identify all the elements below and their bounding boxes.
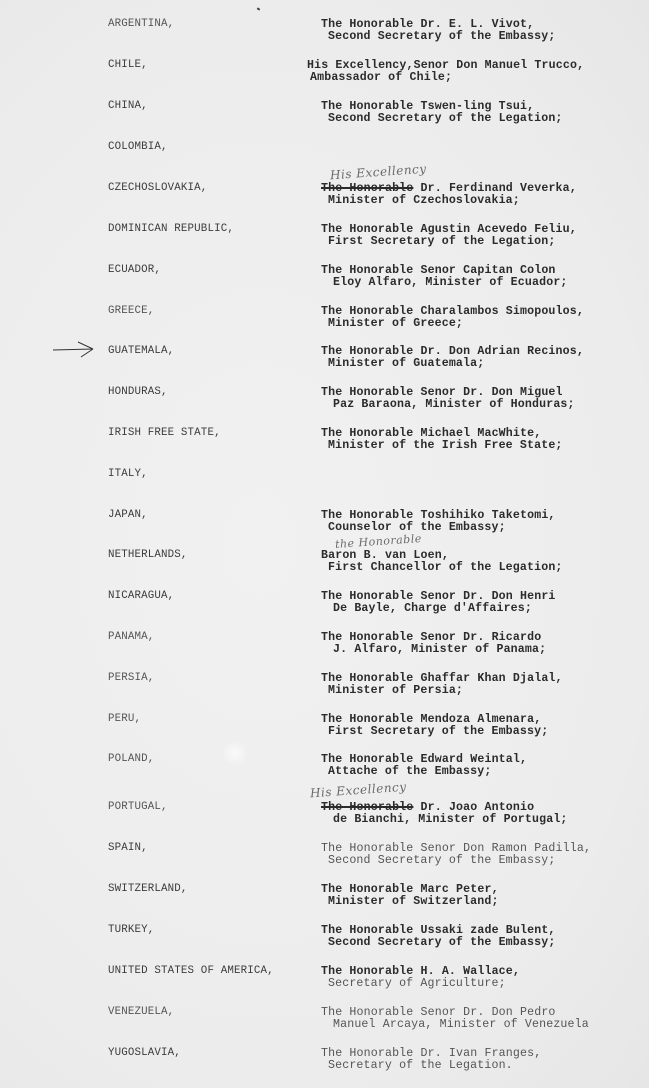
country-name: GREECE, [108,305,154,319]
representative-title: Minister of Guatemala; [328,357,484,371]
country-name: SWITZERLAND, [108,883,188,897]
representative-title: De Bayle, Charge d'Affaires; [333,602,532,616]
country-name: COLOMBIA, [108,141,168,155]
country-name: CHINA, [108,100,148,114]
representative-title: Minister of Czechoslovakia; [328,194,520,208]
country-name: NETHERLANDS, [108,549,188,563]
country-name: NICARAGUA, [108,590,174,604]
representative-title: Second Secretary of the Embassy; [328,854,555,868]
country-name: ARGENTINA, [108,18,174,32]
representative-title: Paz Baraona, Minister of Honduras; [333,398,575,412]
country-name: TURKEY, [108,924,154,938]
country-name: YUGOSLAVIA, [108,1047,181,1061]
country-name: CZECHOSLOVAKIA, [108,182,207,196]
country-name: JAPAN, [108,509,148,523]
representative-title: Second Secretary of the Embassy; [328,936,555,950]
country-name: POLAND, [108,753,154,767]
country-name: HONDURAS, [108,386,168,400]
representative-title: Second Secretary of the Legation; [328,112,563,126]
representative-title: Second Secretary of the Embassy; [328,30,555,44]
country-name: CHILE, [108,59,148,73]
country-name: DOMINICAN REPUBLIC, [108,223,234,237]
country-name: ECUADOR, [108,264,161,278]
representative-title: Eloy Alfaro, Minister of Ecuador; [333,276,568,290]
handwritten-correction: His Excellency [310,781,407,801]
right-arrow-icon [52,340,96,360]
representative-title: de Bianchi, Minister of Portugal; [333,813,568,827]
representative-title: First Secretary of the Embassy; [328,725,548,739]
representative-title: Secretary of Agriculture; [328,977,506,991]
representative-title: Attache of the Embassy; [328,765,491,779]
typed-document-page: ARGENTINA, The Honorable Dr. E. L. Vivot… [0,0,649,1088]
country-name: VENEZUELA, [108,1006,174,1020]
handwritten-correction: His Excellency [330,163,427,183]
representative-title: Minister of the Irish Free State; [328,439,563,453]
country-name: PANAMA, [108,631,154,645]
ink-speck [257,7,261,10]
country-name: ITALY, [108,468,148,482]
country-name: UNITED STATES OF AMERICA, [108,965,274,979]
country-name: PERU, [108,713,141,727]
country-name: PERSIA, [108,672,154,686]
representative-title: Manuel Arcaya, Minister of Venezuela [333,1018,589,1032]
representative-title: Minister of Persia; [328,684,463,698]
paper-blemish [222,740,248,766]
country-name: PORTUGAL, [108,801,168,815]
representative-title: Minister of Switzerland; [328,895,499,909]
representative-title: First Secretary of the Legation; [328,235,555,249]
country-name: IRISH FREE STATE, [108,427,221,441]
representative-title: Ambassador of Chile; [310,71,452,85]
country-name: SPAIN, [108,842,148,856]
representative-title: Secretary of the Legation. [328,1059,513,1073]
country-name: GUATEMALA, [108,345,174,359]
representative-title: J. Alfaro, Minister of Panama; [333,643,546,657]
representative-title: First Chancellor of the Legation; [328,561,563,575]
representative-title: Minister of Greece; [328,317,463,331]
